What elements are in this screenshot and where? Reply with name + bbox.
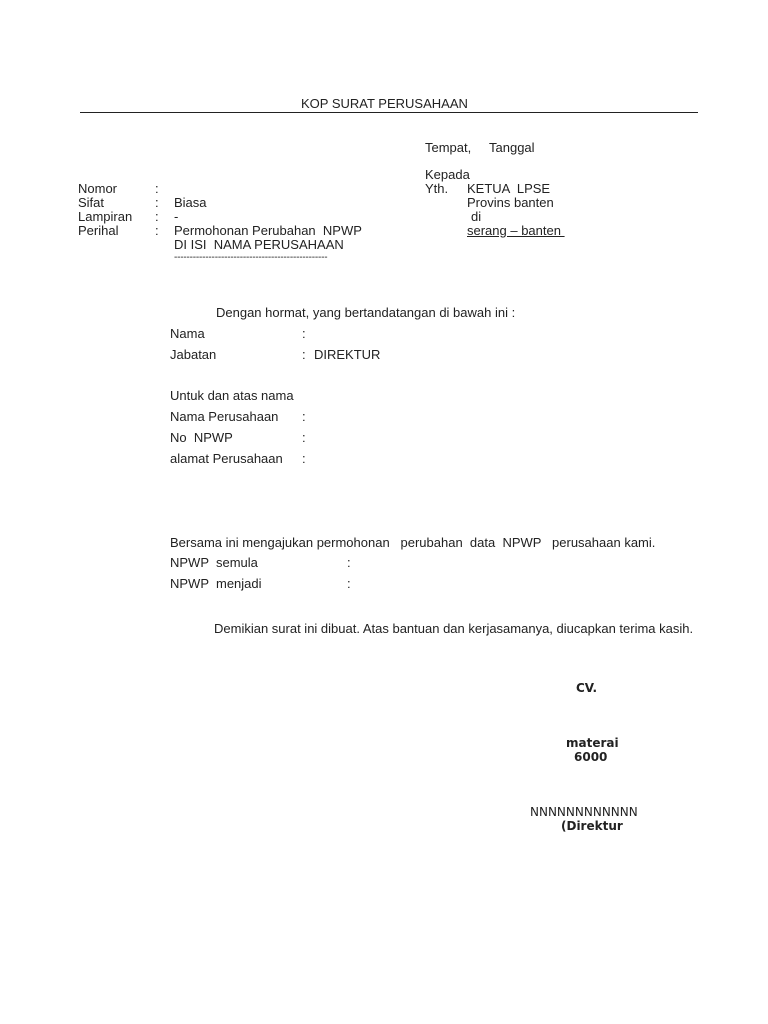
meta-value-perihal: Permohonan Perubahan NPWP bbox=[174, 224, 362, 238]
field-sep-company-name: : bbox=[302, 410, 306, 424]
field-label-jabatan: Jabatan bbox=[170, 348, 216, 362]
recipient-yth: Yth. bbox=[425, 182, 448, 196]
field-label-npwp-new: NPWP menjadi bbox=[170, 577, 262, 591]
perihal-line2: DI ISI NAMA PERUSAHAAN bbox=[174, 238, 344, 252]
greeting: Dengan hormat, yang bertandatangan di ba… bbox=[216, 306, 515, 320]
field-sep-company-address: : bbox=[302, 452, 306, 466]
signer-title: (Direktur bbox=[561, 819, 623, 833]
field-label-company-address: alamat Perusahaan bbox=[170, 452, 283, 466]
meta-value-lampiran: - bbox=[174, 210, 178, 224]
recipient-line1: KETUA LPSE bbox=[467, 182, 550, 196]
field-value-jabatan: DIREKTUR bbox=[314, 348, 380, 362]
stamp-label-line2: 6000 bbox=[574, 750, 607, 764]
field-label-npwp-old: NPWP semula bbox=[170, 556, 258, 570]
letterhead-title: KOP SURAT PERUSAHAAN bbox=[301, 97, 468, 111]
field-label-company-name: Nama Perusahaan bbox=[170, 410, 278, 424]
recipient-kepada: Kepada bbox=[425, 168, 470, 182]
field-label-nama: Nama bbox=[170, 327, 205, 341]
field-sep-npwp-old: : bbox=[347, 556, 351, 570]
recipient-line4: serang – banten bbox=[467, 224, 565, 238]
on-behalf-text: Untuk dan atas nama bbox=[170, 389, 294, 403]
meta-label-lampiran: Lampiran bbox=[78, 210, 132, 224]
meta-sep-sifat: : bbox=[155, 196, 159, 210]
recipient-line2: Provins banten bbox=[467, 196, 554, 210]
recipient-line3: di bbox=[471, 210, 481, 224]
place-label: Tempat, bbox=[425, 141, 471, 155]
date-label: Tanggal bbox=[489, 141, 535, 155]
stamp-label-line1: materai bbox=[566, 736, 619, 750]
letterhead-divider bbox=[80, 112, 698, 113]
closing-paragraph: Demikian surat ini dibuat. Atas bantuan … bbox=[170, 618, 702, 639]
field-label-npwp: No NPWP bbox=[170, 431, 233, 445]
signer-name: NNNNNNNNNNNN bbox=[530, 805, 638, 819]
meta-label-perihal: Perihal bbox=[78, 224, 118, 238]
request-text: Bersama ini mengajukan permohonan peruba… bbox=[170, 536, 655, 550]
meta-sep-perihal: : bbox=[155, 224, 159, 238]
meta-label-nomor: Nomor bbox=[78, 182, 117, 196]
field-sep-jabatan: : bbox=[302, 348, 306, 362]
field-sep-nama: : bbox=[302, 327, 306, 341]
meta-value-sifat: Biasa bbox=[174, 196, 207, 210]
field-sep-npwp-new: : bbox=[347, 577, 351, 591]
signature-company: CV. bbox=[576, 681, 597, 695]
perihal-dashes: ----------------------------------------… bbox=[174, 251, 327, 265]
meta-sep-lampiran: : bbox=[155, 210, 159, 224]
meta-label-sifat: Sifat bbox=[78, 196, 104, 210]
field-sep-npwp: : bbox=[302, 431, 306, 445]
meta-sep-nomor: : bbox=[155, 182, 159, 196]
